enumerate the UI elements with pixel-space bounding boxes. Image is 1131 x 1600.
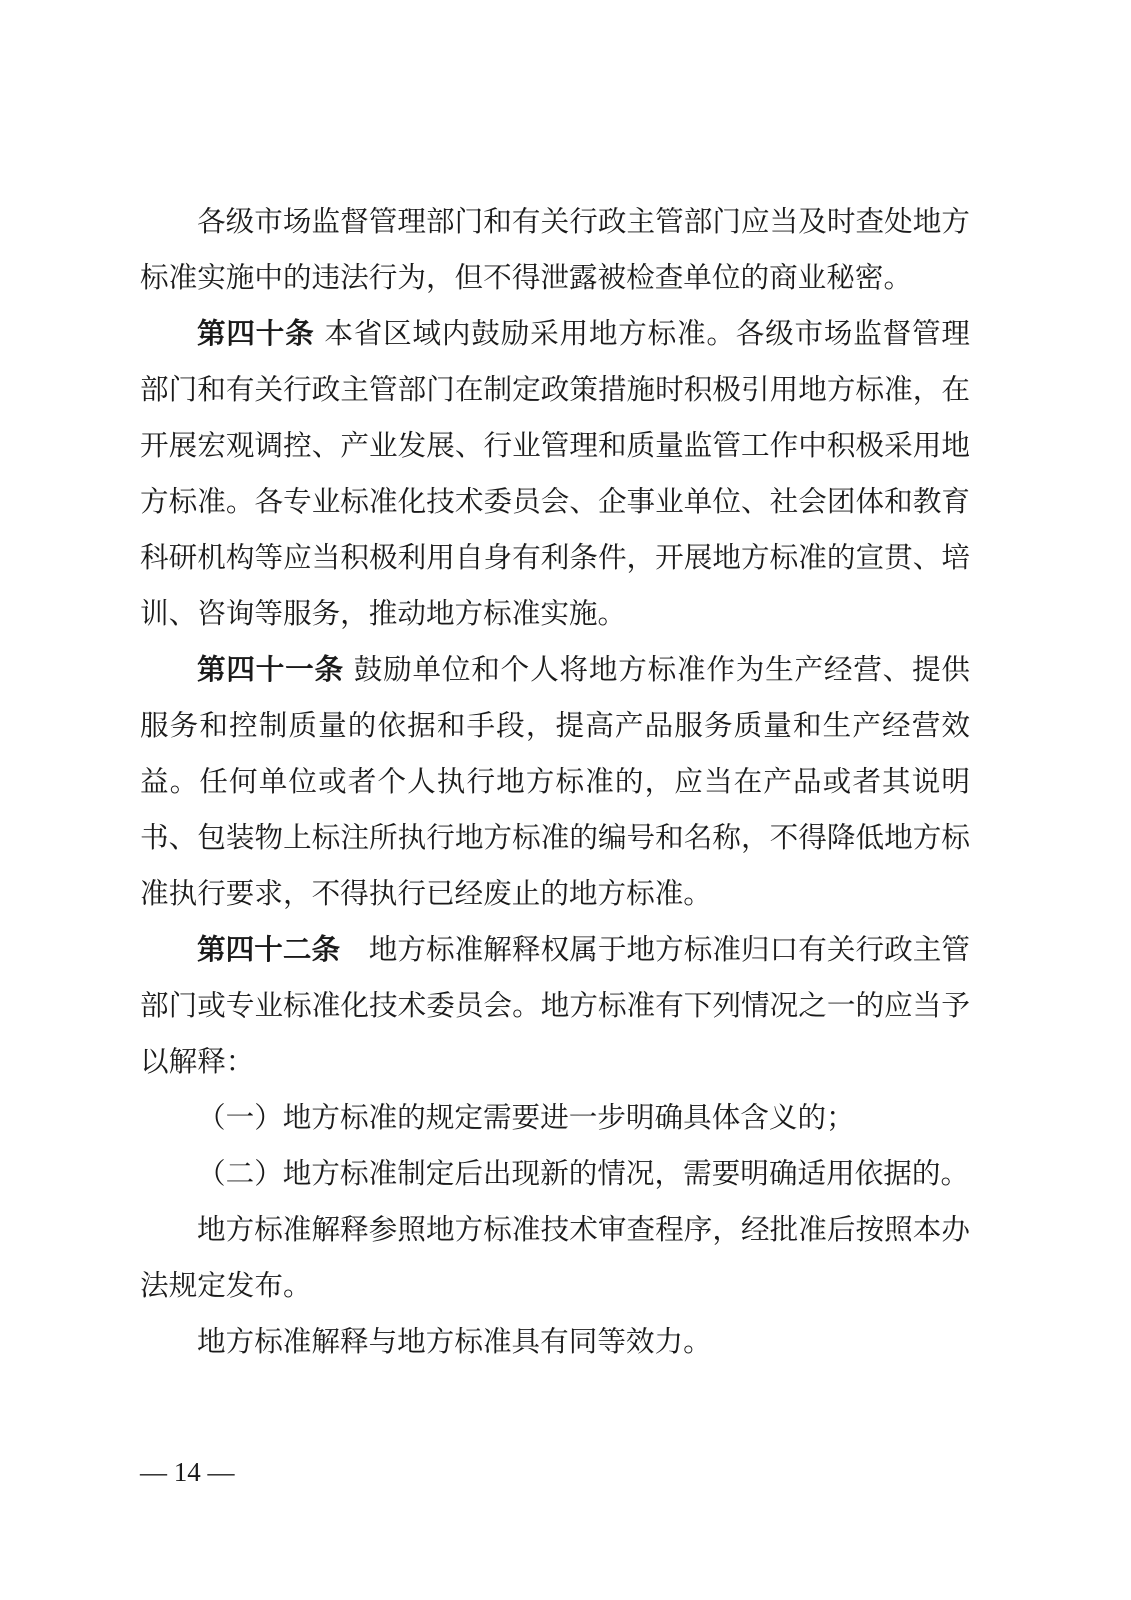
paragraph: 各级市场监督管理部门和有关行政主管部门应当及时查处地方标准实施中的违法行为，但不…	[140, 193, 970, 305]
article-42: 第四十二条 地方标准解释权属于地方标准归口有关行政主管部门或专业标准化技术委员会…	[140, 921, 970, 1089]
list-item-1: （一）地方标准的规定需要进一步明确具体含义的；	[140, 1089, 970, 1145]
article-41: 第四十一条 鼓励单位和个人将地方标准作为生产经营、提供服务和控制质量的依据和手段…	[140, 641, 970, 921]
paragraph-text: 本省区域内鼓励采用地方标准。各级市场监督管理部门和有关行政主管部门在制定政策措施…	[140, 316, 970, 630]
paragraph-text: （二）地方标准制定后出现新的情况，需要明确适用依据的。	[197, 1156, 969, 1190]
paragraph: 地方标准解释参照地方标准技术审查程序，经批准后按照本办法规定发布。	[140, 1201, 970, 1313]
paragraph-text: （一）地方标准的规定需要进一步明确具体含义的；	[197, 1100, 855, 1134]
paragraph-text: 地方标准解释与地方标准具有同等效力。	[197, 1324, 712, 1358]
page-number: — 14 —	[140, 1457, 235, 1488]
article-heading: 第四十一条	[197, 652, 344, 686]
document-body: 各级市场监督管理部门和有关行政主管部门应当及时查处地方标准实施中的违法行为，但不…	[140, 193, 970, 1369]
paragraph-text: 地方标准解释参照地方标准技术审查程序，经批准后按照本办法规定发布。	[140, 1212, 970, 1302]
paragraph-text: 各级市场监督管理部门和有关行政主管部门应当及时查处地方标准实施中的违法行为，但不…	[140, 204, 970, 294]
list-item-2: （二）地方标准制定后出现新的情况，需要明确适用依据的。	[140, 1145, 970, 1201]
article-40: 第四十条 本省区域内鼓励采用地方标准。各级市场监督管理部门和有关行政主管部门在制…	[140, 305, 970, 641]
article-heading: 第四十二条	[197, 932, 340, 966]
paragraph-text: 鼓励单位和个人将地方标准作为生产经营、提供服务和控制质量的依据和手段，提高产品服…	[140, 652, 970, 910]
document-page: 各级市场监督管理部门和有关行政主管部门应当及时查处地方标准实施中的违法行为，但不…	[0, 0, 1131, 1600]
paragraph: 地方标准解释与地方标准具有同等效力。	[140, 1313, 970, 1369]
article-heading: 第四十条	[197, 316, 315, 350]
